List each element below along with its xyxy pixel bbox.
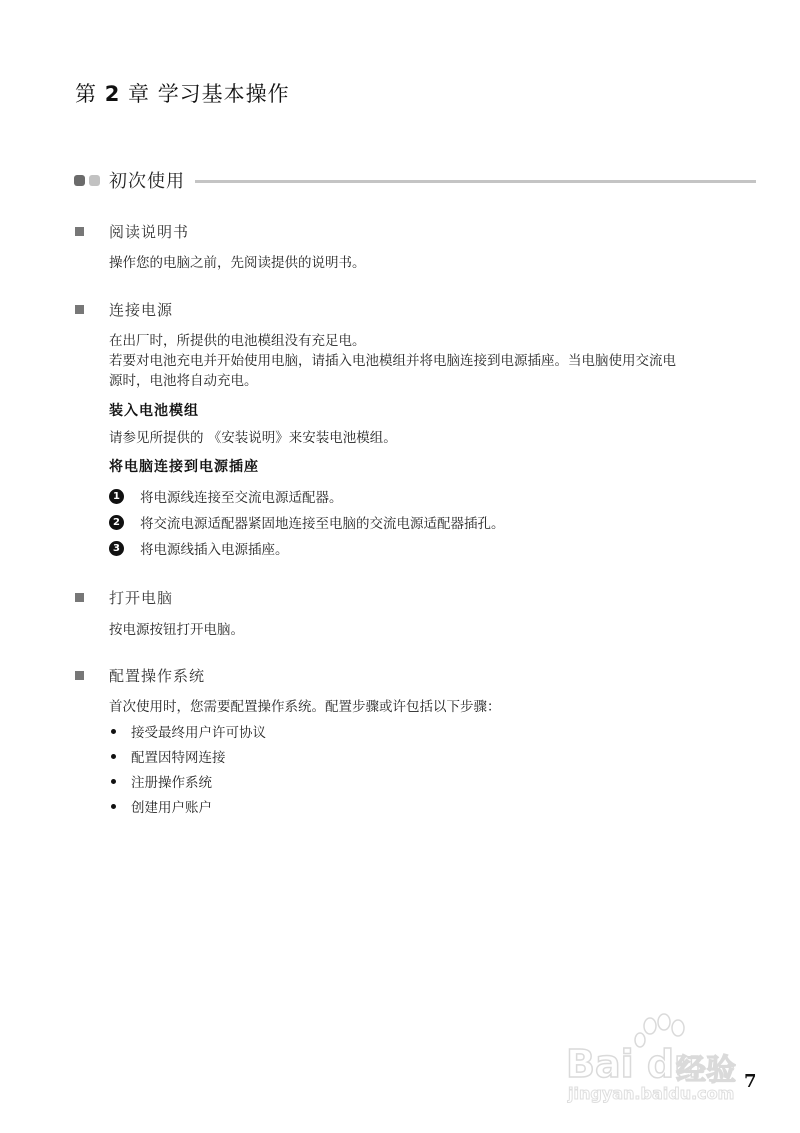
step-text: 将电源线连接至交流电源适配器。: [140, 486, 343, 506]
step-text: 将电源线插入电源插座。: [140, 538, 289, 558]
list-item: 创建用户账户: [109, 796, 212, 816]
section-divider: [195, 180, 756, 183]
page-number: 7: [744, 1071, 757, 1092]
list-item-text: 创建用户账户: [131, 796, 212, 816]
subsection-label: 连接电源: [109, 299, 173, 320]
install-battery-text: 请参见所提供的 《安装说明》来安装电池模组。: [109, 428, 397, 449]
subsection-heading-power-on: 打开电脑: [75, 587, 173, 608]
subsection-heading-configure-os: 配置操作系统: [75, 665, 205, 686]
step-item: 3 将电源线插入电源插座。: [109, 538, 289, 558]
list-item: 接受最终用户许可协议: [109, 721, 266, 741]
chapter-suffix: 章: [128, 82, 150, 106]
chapter-prefix: 第: [75, 82, 97, 106]
square-bullet-icon: [75, 227, 84, 236]
paragraph: 若要对电池充电并开始使用电脑，请插入电池模组并将电脑连接到电源插座。当电脑使用交…: [109, 351, 676, 372]
list-item-text: 注册操作系统: [131, 771, 212, 791]
section-header: 初次使用: [74, 168, 756, 192]
connect-outlet-heading: 将电脑连接到电源插座: [109, 456, 259, 476]
section-title: 初次使用: [109, 167, 185, 193]
watermark-logo-cn: 经验: [676, 1045, 736, 1089]
step-text: 将交流电源适配器紧固地连接至电脑的交流电源适配器插孔。: [140, 512, 505, 532]
section-square-dark-icon: [74, 175, 85, 186]
chapter-name: 学习基本操作: [158, 82, 290, 106]
subsection-heading-connect-power: 连接电源: [75, 299, 173, 320]
step-item: 1 将电源线连接至交流电源适配器。: [109, 486, 343, 506]
list-item: 配置因特网连接: [109, 746, 226, 766]
chapter-title: 第 2 章 学习基本操作: [75, 78, 290, 108]
square-bullet-icon: [75, 671, 84, 680]
bullet-dot-icon: [111, 779, 116, 784]
paragraph: 按电源按钮打开电脑。: [109, 620, 244, 641]
watermark-url: jingyan.baidu.com: [568, 1084, 734, 1103]
baidu-jingyan-watermark: Bai du 经验 jingyan.baidu.com: [566, 1012, 756, 1102]
paragraph: 源时，电池将自动充电。: [109, 371, 258, 392]
step-number-3-icon: 3: [109, 541, 124, 556]
bullet-dot-icon: [111, 754, 116, 759]
step-number-1-icon: 1: [109, 489, 124, 504]
paragraph: 操作您的电脑之前，先阅读提供的说明书。: [109, 253, 366, 274]
list-item-text: 配置因特网连接: [131, 746, 226, 766]
paragraph: 在出厂时，所提供的电池模组没有充足电。: [109, 331, 366, 352]
square-bullet-icon: [75, 305, 84, 314]
subsection-label: 配置操作系统: [109, 665, 205, 686]
subsection-label: 打开电脑: [109, 587, 173, 608]
square-bullet-icon: [75, 593, 84, 602]
subsection-heading-read-manual: 阅读说明书: [75, 221, 189, 242]
chapter-number: 2: [105, 82, 121, 106]
step-number-2-icon: 2: [109, 515, 124, 530]
install-battery-heading: 装入电池模组: [109, 400, 199, 420]
list-item: 注册操作系统: [109, 771, 212, 791]
list-item-text: 接受最终用户许可协议: [131, 721, 266, 741]
section-square-light-icon: [89, 175, 100, 186]
bullet-dot-icon: [111, 804, 116, 809]
step-item: 2 将交流电源适配器紧固地连接至电脑的交流电源适配器插孔。: [109, 512, 505, 532]
bullet-dot-icon: [111, 729, 116, 734]
subsection-label: 阅读说明书: [109, 221, 189, 242]
paragraph: 首次使用时，您需要配置操作系统。配置步骤或许包括以下步骤：: [109, 697, 501, 718]
